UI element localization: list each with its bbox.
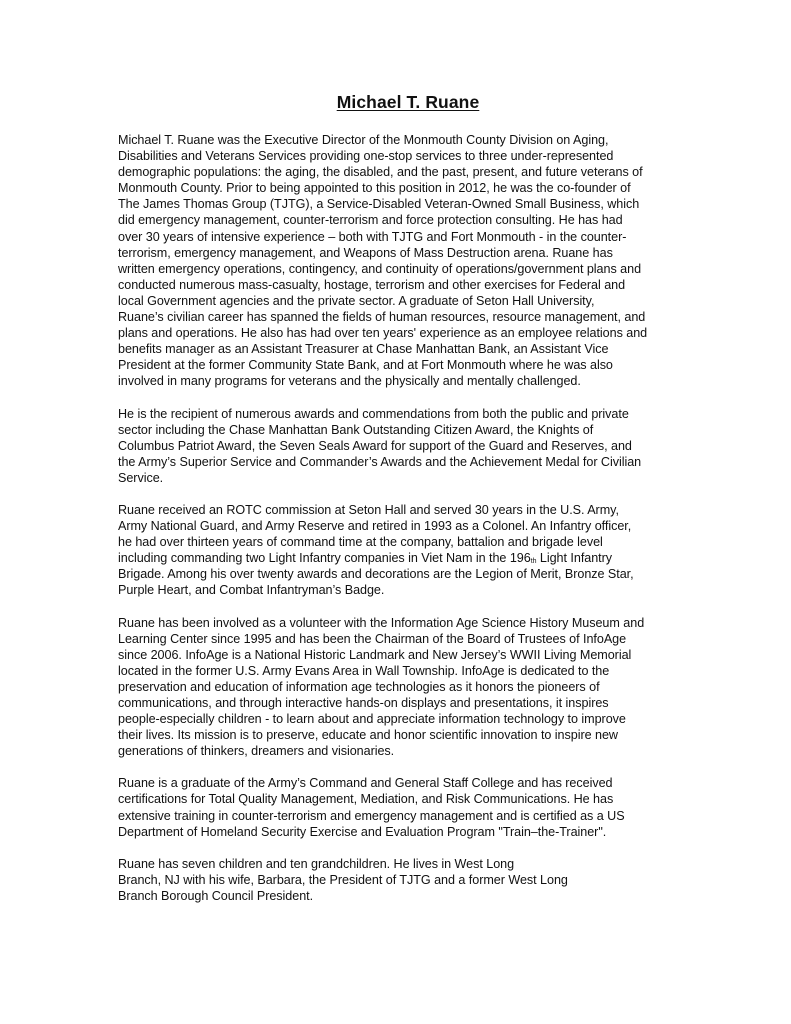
text-line: Columbus Patriot Award, the Seven Seals … xyxy=(118,438,690,454)
text-line: plans and operations. He also has had ov… xyxy=(118,325,690,341)
text-line: Michael T. Ruane was the Executive Direc… xyxy=(118,132,690,148)
text-line: Purple Heart, and Combat Infantryman’s B… xyxy=(118,582,690,598)
text-line: written emergency operations, contingenc… xyxy=(118,261,690,277)
text-line: communications, and through interactive … xyxy=(118,695,690,711)
text-line: extensive training in counter-terrorism … xyxy=(118,808,690,824)
text-line: conducted numerous mass-casualty, hostag… xyxy=(118,277,690,293)
text-line: involved in many programs for veterans a… xyxy=(118,373,690,389)
paragraph-education: Ruane is a graduate of the Army’s Comman… xyxy=(118,775,690,839)
document-title: Michael T. Ruane xyxy=(118,92,690,113)
text-line: The James Thomas Group (TJTG), a Service… xyxy=(118,196,690,212)
document-page: Michael T. Ruane Michael T. Ruane was th… xyxy=(118,92,690,920)
text-line: He is the recipient of numerous awards a… xyxy=(118,406,690,422)
text-line: Branch Borough Council President. xyxy=(118,888,690,904)
text-line: generations of thinkers, dreamers and vi… xyxy=(118,743,690,759)
text-line: local Government agencies and the privat… xyxy=(118,293,690,309)
paragraph-family: Ruane has seven children and ten grandch… xyxy=(118,856,690,904)
text-line: including commanding two Light Infantry … xyxy=(118,550,690,566)
paragraph-awards: He is the recipient of numerous awards a… xyxy=(118,406,690,486)
text-line: since 2006. InfoAge is a National Histor… xyxy=(118,647,690,663)
text-line: Learning Center since 1995 and has been … xyxy=(118,631,690,647)
text-line: sector including the Chase Manhattan Ban… xyxy=(118,422,690,438)
text-line: President at the former Community State … xyxy=(118,357,690,373)
text-line: their lives. Its mission is to preserve,… xyxy=(118,727,690,743)
text-line: located in the former U.S. Army Evans Ar… xyxy=(118,663,690,679)
text-line: demographic populations: the aging, the … xyxy=(118,164,690,180)
text-line: Brigade. Among his over twenty awards an… xyxy=(118,566,690,582)
text-line: Army National Guard, and Army Reserve an… xyxy=(118,518,690,534)
text-segment: including commanding two Light Infantry … xyxy=(118,551,531,565)
text-segment: Light Infantry xyxy=(536,551,612,565)
text-line: the Army’s Superior Service and Commande… xyxy=(118,454,690,470)
text-line: benefits manager as an Assistant Treasur… xyxy=(118,341,690,357)
text-line: Ruane has been involved as a volunteer w… xyxy=(118,615,690,631)
paragraph-infoage: Ruane has been involved as a volunteer w… xyxy=(118,615,690,760)
text-line: Monmouth County. Prior to being appointe… xyxy=(118,180,690,196)
text-line: preservation and education of informatio… xyxy=(118,679,690,695)
text-line: over 30 years of intensive experience – … xyxy=(118,229,690,245)
text-line: Branch, NJ with his wife, Barbara, the P… xyxy=(118,872,690,888)
text-line: Disabilities and Veterans Services provi… xyxy=(118,148,690,164)
text-line: he had over thirteen years of command ti… xyxy=(118,534,690,550)
text-line: certifications for Total Quality Managem… xyxy=(118,791,690,807)
text-line: Ruane has seven children and ten grandch… xyxy=(118,856,690,872)
text-line: Service. xyxy=(118,470,690,486)
paragraph-career: Michael T. Ruane was the Executive Direc… xyxy=(118,132,690,390)
text-line: did emergency management, counter-terror… xyxy=(118,212,690,228)
text-line: Department of Homeland Security Exercise… xyxy=(118,824,690,840)
paragraph-military-service: Ruane received an ROTC commission at Set… xyxy=(118,502,690,599)
text-line: terrorism, emergency management, and Wea… xyxy=(118,245,690,261)
text-line: Ruane is a graduate of the Army’s Comman… xyxy=(118,775,690,791)
text-line: Ruane’s civilian career has spanned the … xyxy=(118,309,690,325)
text-line: people-especially children - to learn ab… xyxy=(118,711,690,727)
text-line: Ruane received an ROTC commission at Set… xyxy=(118,502,690,518)
